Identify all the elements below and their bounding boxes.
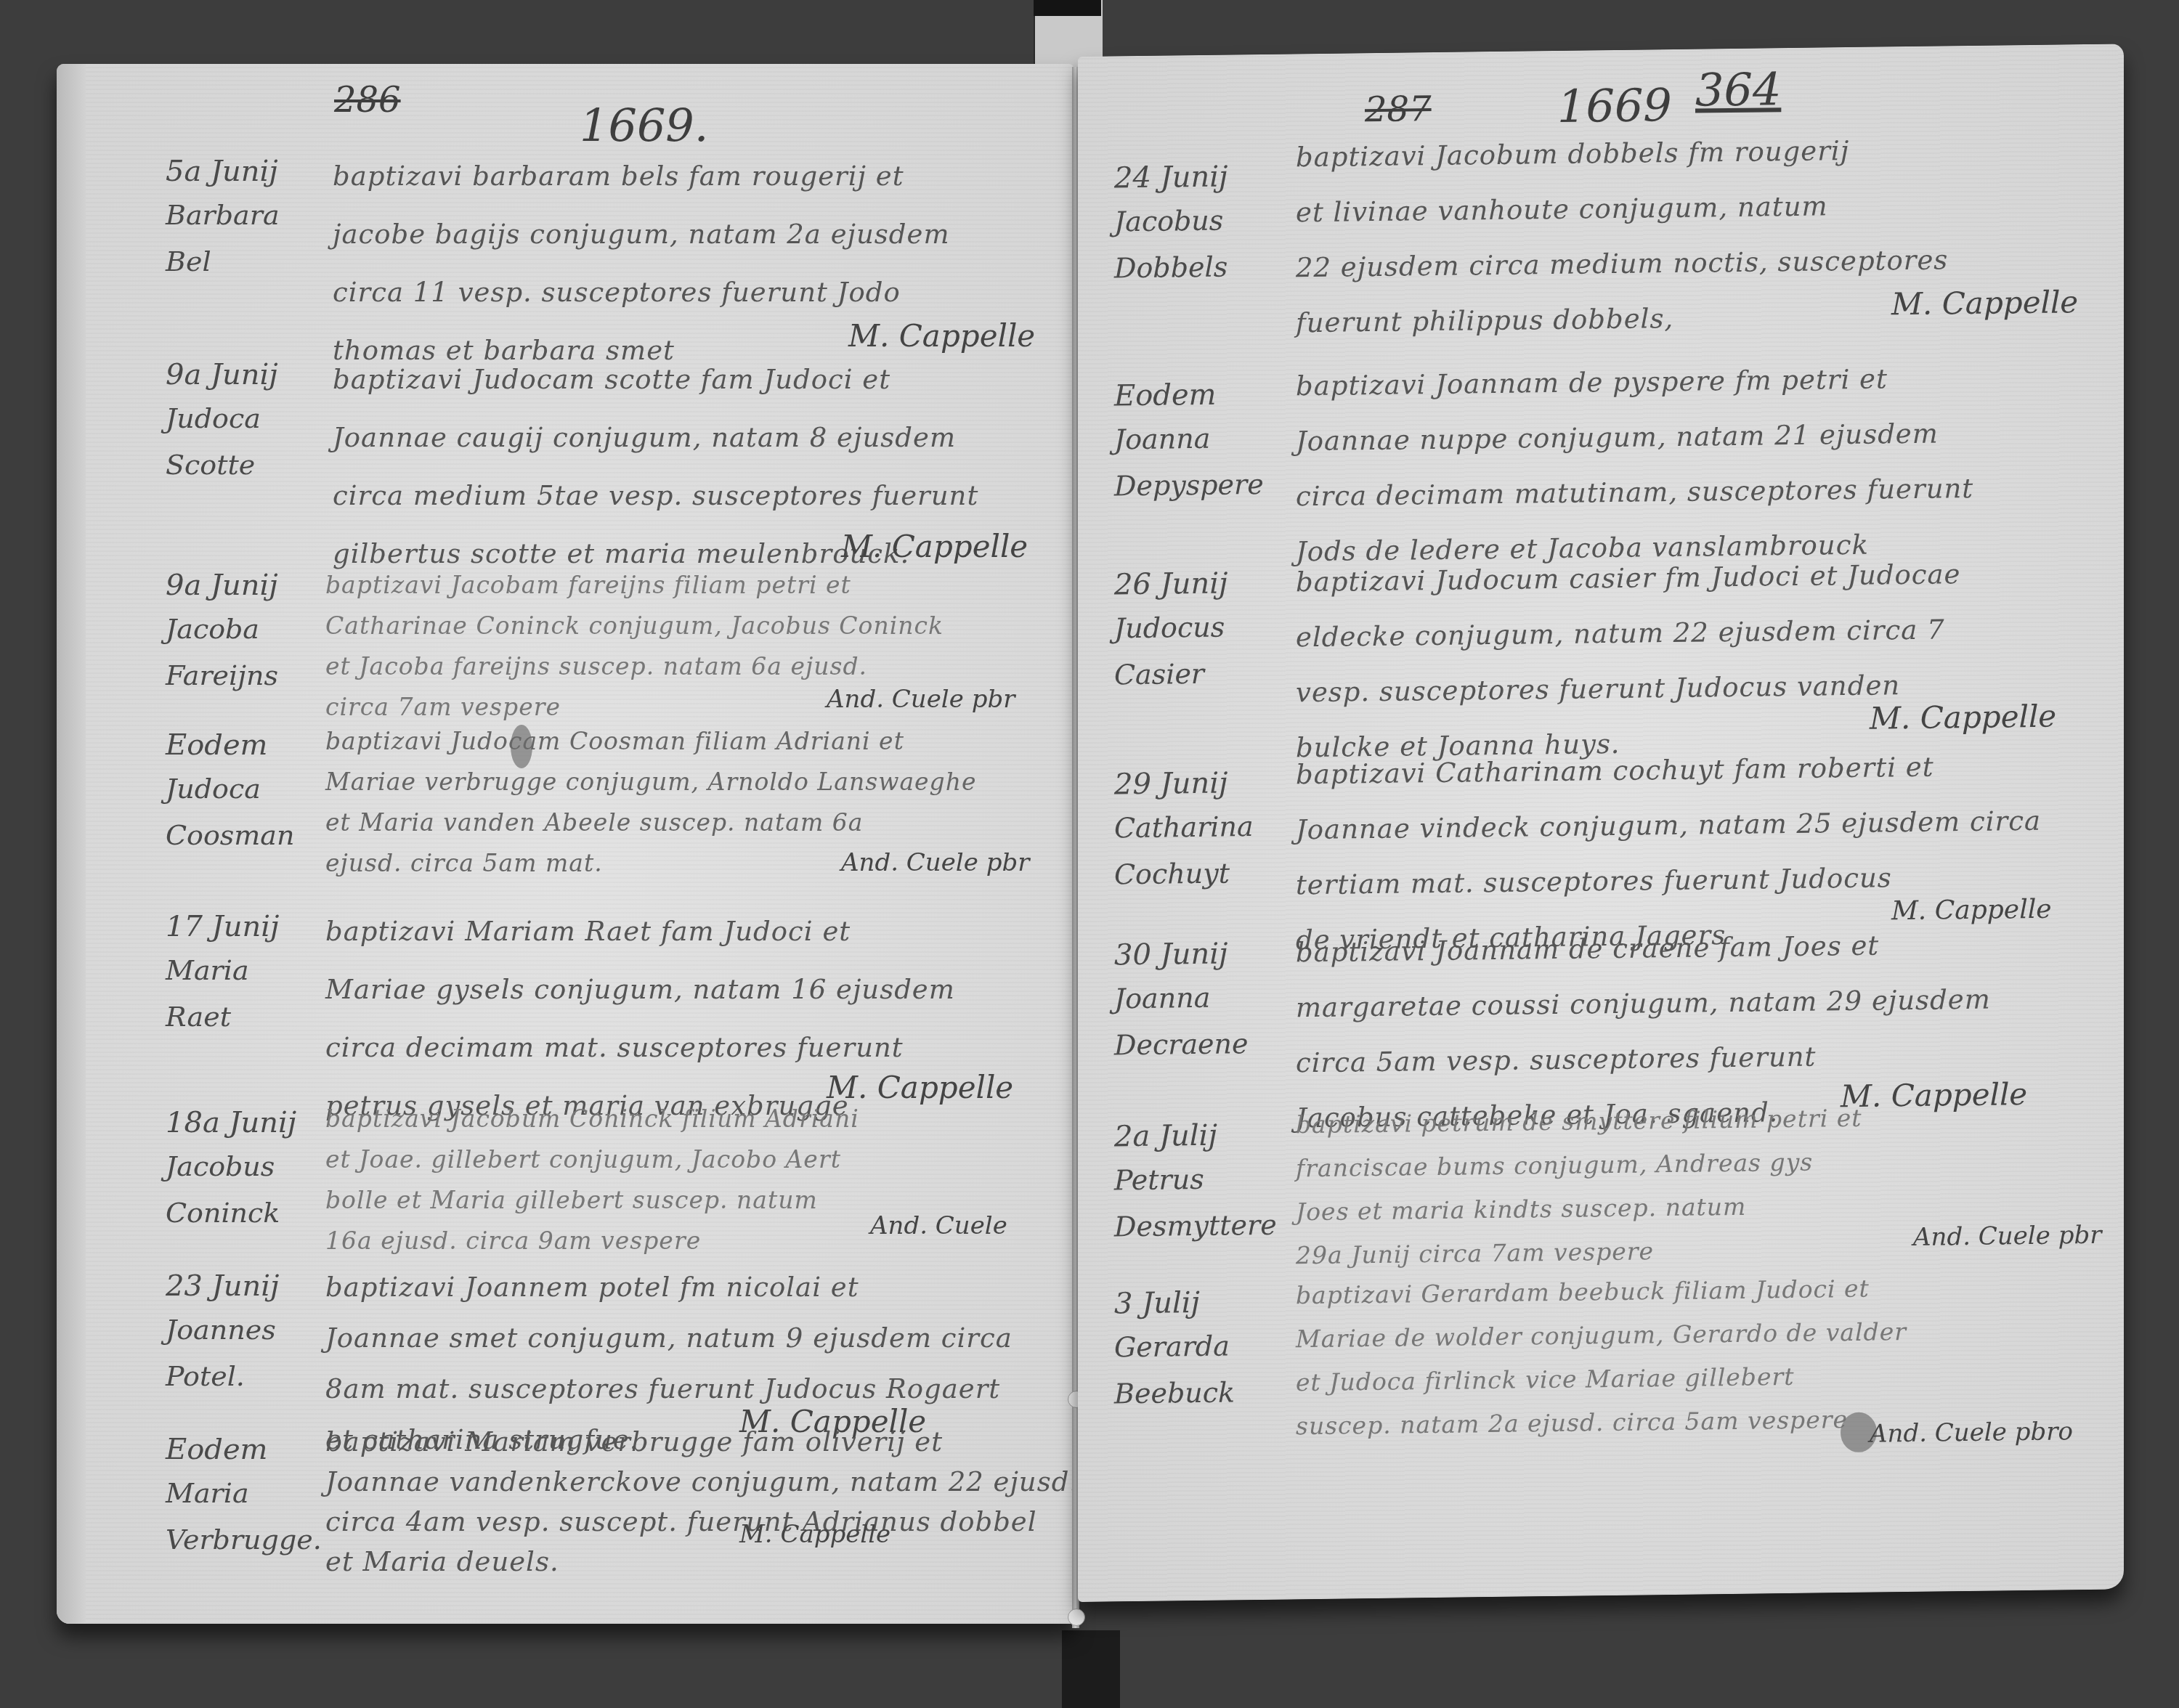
child-first-name: Petrus: [1114, 1155, 1238, 1203]
margin-entry: 9a Junij Jacoba Fareijns: [166, 565, 289, 699]
entry-date: 23 Junij: [166, 1266, 289, 1306]
margin-entry: 26 Junij Judocus Casier: [1114, 563, 1238, 698]
margin-entry: Eodem Judoca Coosman: [166, 725, 289, 858]
margin-entry: 17 Junij Maria Raet: [166, 906, 289, 1040]
child-first-name: Catharina: [1114, 803, 1238, 851]
priest-signature: M. Cappelle: [1891, 284, 2078, 322]
entry-date: Eodem: [166, 1429, 289, 1470]
margin-entry: Eodem Maria Verbrugge.: [166, 1429, 289, 1563]
entry-date: Eodem: [1114, 374, 1238, 416]
old-folio-number: 287: [1365, 89, 1432, 130]
child-surname: Raet: [166, 993, 289, 1040]
child-surname: Verbrugge.: [166, 1516, 289, 1563]
child-surname: Scotte: [166, 442, 289, 488]
priest-signature: And. Cuele pbr: [827, 685, 1015, 714]
entry-date: 18a Junij: [166, 1102, 289, 1143]
margin-entry: 2a Julij Petrus Desmyttere: [1114, 1115, 1238, 1250]
child-surname: Coninck: [166, 1189, 289, 1236]
child-first-name: Joanna: [1114, 415, 1238, 463]
priest-signature: And. Cuele: [870, 1211, 1007, 1240]
entry-text: baptizavi Mariam verbrugge fam oliverij …: [325, 1422, 1079, 1582]
entry-text: baptizavi Jacobum Coninck filium Adriani…: [325, 1099, 859, 1261]
entry-text: baptizavi Jacobum dobbels fm rougerij et…: [1296, 122, 1948, 351]
margin-entry: 29 Junij Catharina Cochuyt: [1114, 762, 1238, 898]
binding-tab-top-shadow: [1034, 0, 1101, 16]
priest-signature: And. Cuele pbro: [1870, 1417, 2073, 1448]
entry-date: 30 Junij: [1114, 933, 1238, 975]
left-page: 286 1669. 5a Junij Barbara Bel baptizavi…: [57, 64, 1074, 1624]
margin-entry: 18a Junij Jacobus Coninck: [166, 1102, 289, 1236]
margin-entry: 9a Junij Judoca Scotte: [166, 354, 289, 488]
child-surname: Desmyttere: [1114, 1202, 1238, 1250]
child-first-name: Barbara: [166, 192, 289, 238]
entry-date: 3 Julij: [1114, 1282, 1238, 1324]
child-surname: Dobbels: [1114, 243, 1238, 291]
margin-entry: Eodem Joanna Depyspere: [1114, 374, 1238, 509]
child-first-name: Judoca: [166, 765, 289, 812]
child-first-name: Judocus: [1114, 603, 1238, 651]
child-surname: Fareijns: [166, 652, 289, 699]
page-year: 1669: [1557, 78, 1672, 133]
margin-entry: 3 Julij Gerarda Beebuck: [1114, 1282, 1238, 1417]
old-folio-number: 286: [334, 80, 401, 121]
entry-date: 5a Junij: [166, 151, 289, 192]
child-surname: Beebuck: [1114, 1369, 1238, 1417]
entry-date: 24 Junij: [1114, 156, 1238, 198]
child-first-name: Jacoba: [166, 606, 289, 652]
binding-tab-bottom: [1062, 1630, 1120, 1708]
priest-signature: M. Cappelle: [1870, 699, 2056, 736]
child-surname: Bel: [166, 238, 289, 285]
child-surname: Casier: [1114, 650, 1238, 698]
child-first-name: Judoca: [166, 395, 289, 442]
binding-stitch: [1068, 1609, 1085, 1626]
entry-text: baptizavi Gerardam beebuck filiam Judoci…: [1296, 1266, 1907, 1448]
priest-signature: M. Cappelle: [1841, 1076, 2027, 1114]
child-first-name: Jacobus: [1114, 197, 1238, 245]
child-first-name: Gerarda: [1114, 1322, 1238, 1370]
child-surname: Coosman: [166, 812, 289, 858]
priest-signature: And. Cuele pbr: [841, 848, 1029, 877]
priest-signature: M. Cappelle: [848, 318, 1035, 354]
entry-text: baptizavi Joannam de pyspere fm petri et…: [1296, 351, 1973, 579]
child-surname: Depyspere: [1114, 461, 1238, 509]
priest-signature: M. Cappelle: [739, 1520, 890, 1549]
margin-entry: 5a Junij Barbara Bel: [166, 151, 289, 285]
margin-entry: 24 Junij Jacobus Dobbels: [1114, 156, 1238, 291]
child-first-name: Jacobus: [166, 1143, 289, 1189]
child-first-name: Maria: [166, 947, 289, 993]
folio-number: 364: [1695, 62, 1781, 116]
page-year: 1669.: [580, 99, 709, 152]
margin-entry: 30 Junij Joanna Decraene: [1114, 933, 1238, 1068]
entry-date: 9a Junij: [166, 565, 289, 606]
entry-date: 2a Julij: [1114, 1115, 1238, 1157]
entry-date: 9a Junij: [166, 354, 289, 395]
priest-signature: And. Cuele pbr: [1913, 1221, 2101, 1252]
child-first-name: Maria: [166, 1470, 289, 1516]
margin-entry: 23 Junij Joannes Potel.: [166, 1266, 289, 1399]
entry-text: baptizavi petrum de smyttere filium petr…: [1296, 1097, 1862, 1278]
entry-date: Eodem: [166, 725, 289, 765]
entry-date: 26 Junij: [1114, 563, 1238, 605]
entry-date: 17 Junij: [166, 906, 289, 947]
right-page: 287 1669 364 24 Junij Jacobus Dobbels ba…: [1078, 44, 2124, 1602]
child-first-name: Joanna: [1114, 974, 1238, 1022]
priest-signature: M. Cappelle: [841, 529, 1028, 564]
child-surname: Cochuyt: [1114, 850, 1238, 898]
child-surname: Potel.: [166, 1353, 289, 1399]
ink-blot: [511, 725, 532, 768]
entry-date: 29 Junij: [1114, 762, 1238, 805]
child-surname: Decraene: [1114, 1020, 1238, 1068]
child-first-name: Joannes: [166, 1306, 289, 1353]
